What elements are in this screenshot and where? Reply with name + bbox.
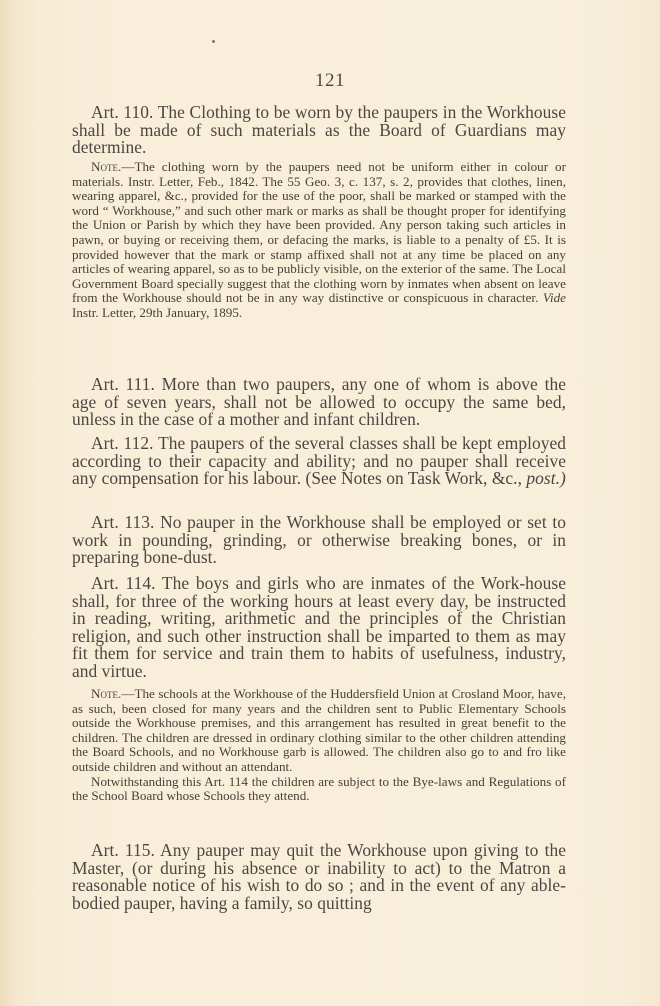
note-second-paragraph: Notwithstanding this Art. 114 the childr… [72,775,566,804]
paper-speck [212,40,215,43]
article-113: Art. 113. No pauper in the Workhouse sha… [72,514,566,567]
article-110: Art. 110. The Clothing to be worn by the… [72,104,566,157]
article-114: Art. 114. The boys and girls who are inm… [72,575,566,681]
note-text: —The schools at the Workhouse of the Hud… [72,686,566,774]
article-111: Art. 111. More than two paupers, any one… [72,376,566,429]
note-citation: Instr. Letter, 29th January, 1895. [72,305,242,320]
article-italic-tail: post.) [526,468,565,488]
article-112: Art. 112. The paupers of the several cla… [72,435,566,488]
note-label: Note. [91,159,121,174]
article-115: Art. 115. Any pauper may quit the Workho… [72,842,566,912]
note-vide: Vide [543,290,566,305]
page-number: 121 [0,70,660,92]
note-clothing: Note.—The clothing worn by the paupers n… [72,160,566,321]
note-text: —The clothing worn by the paupers need n… [72,159,566,305]
note-schools: Note.—The schools at the Workhouse of th… [72,687,566,804]
note-label: Note. [91,686,121,701]
